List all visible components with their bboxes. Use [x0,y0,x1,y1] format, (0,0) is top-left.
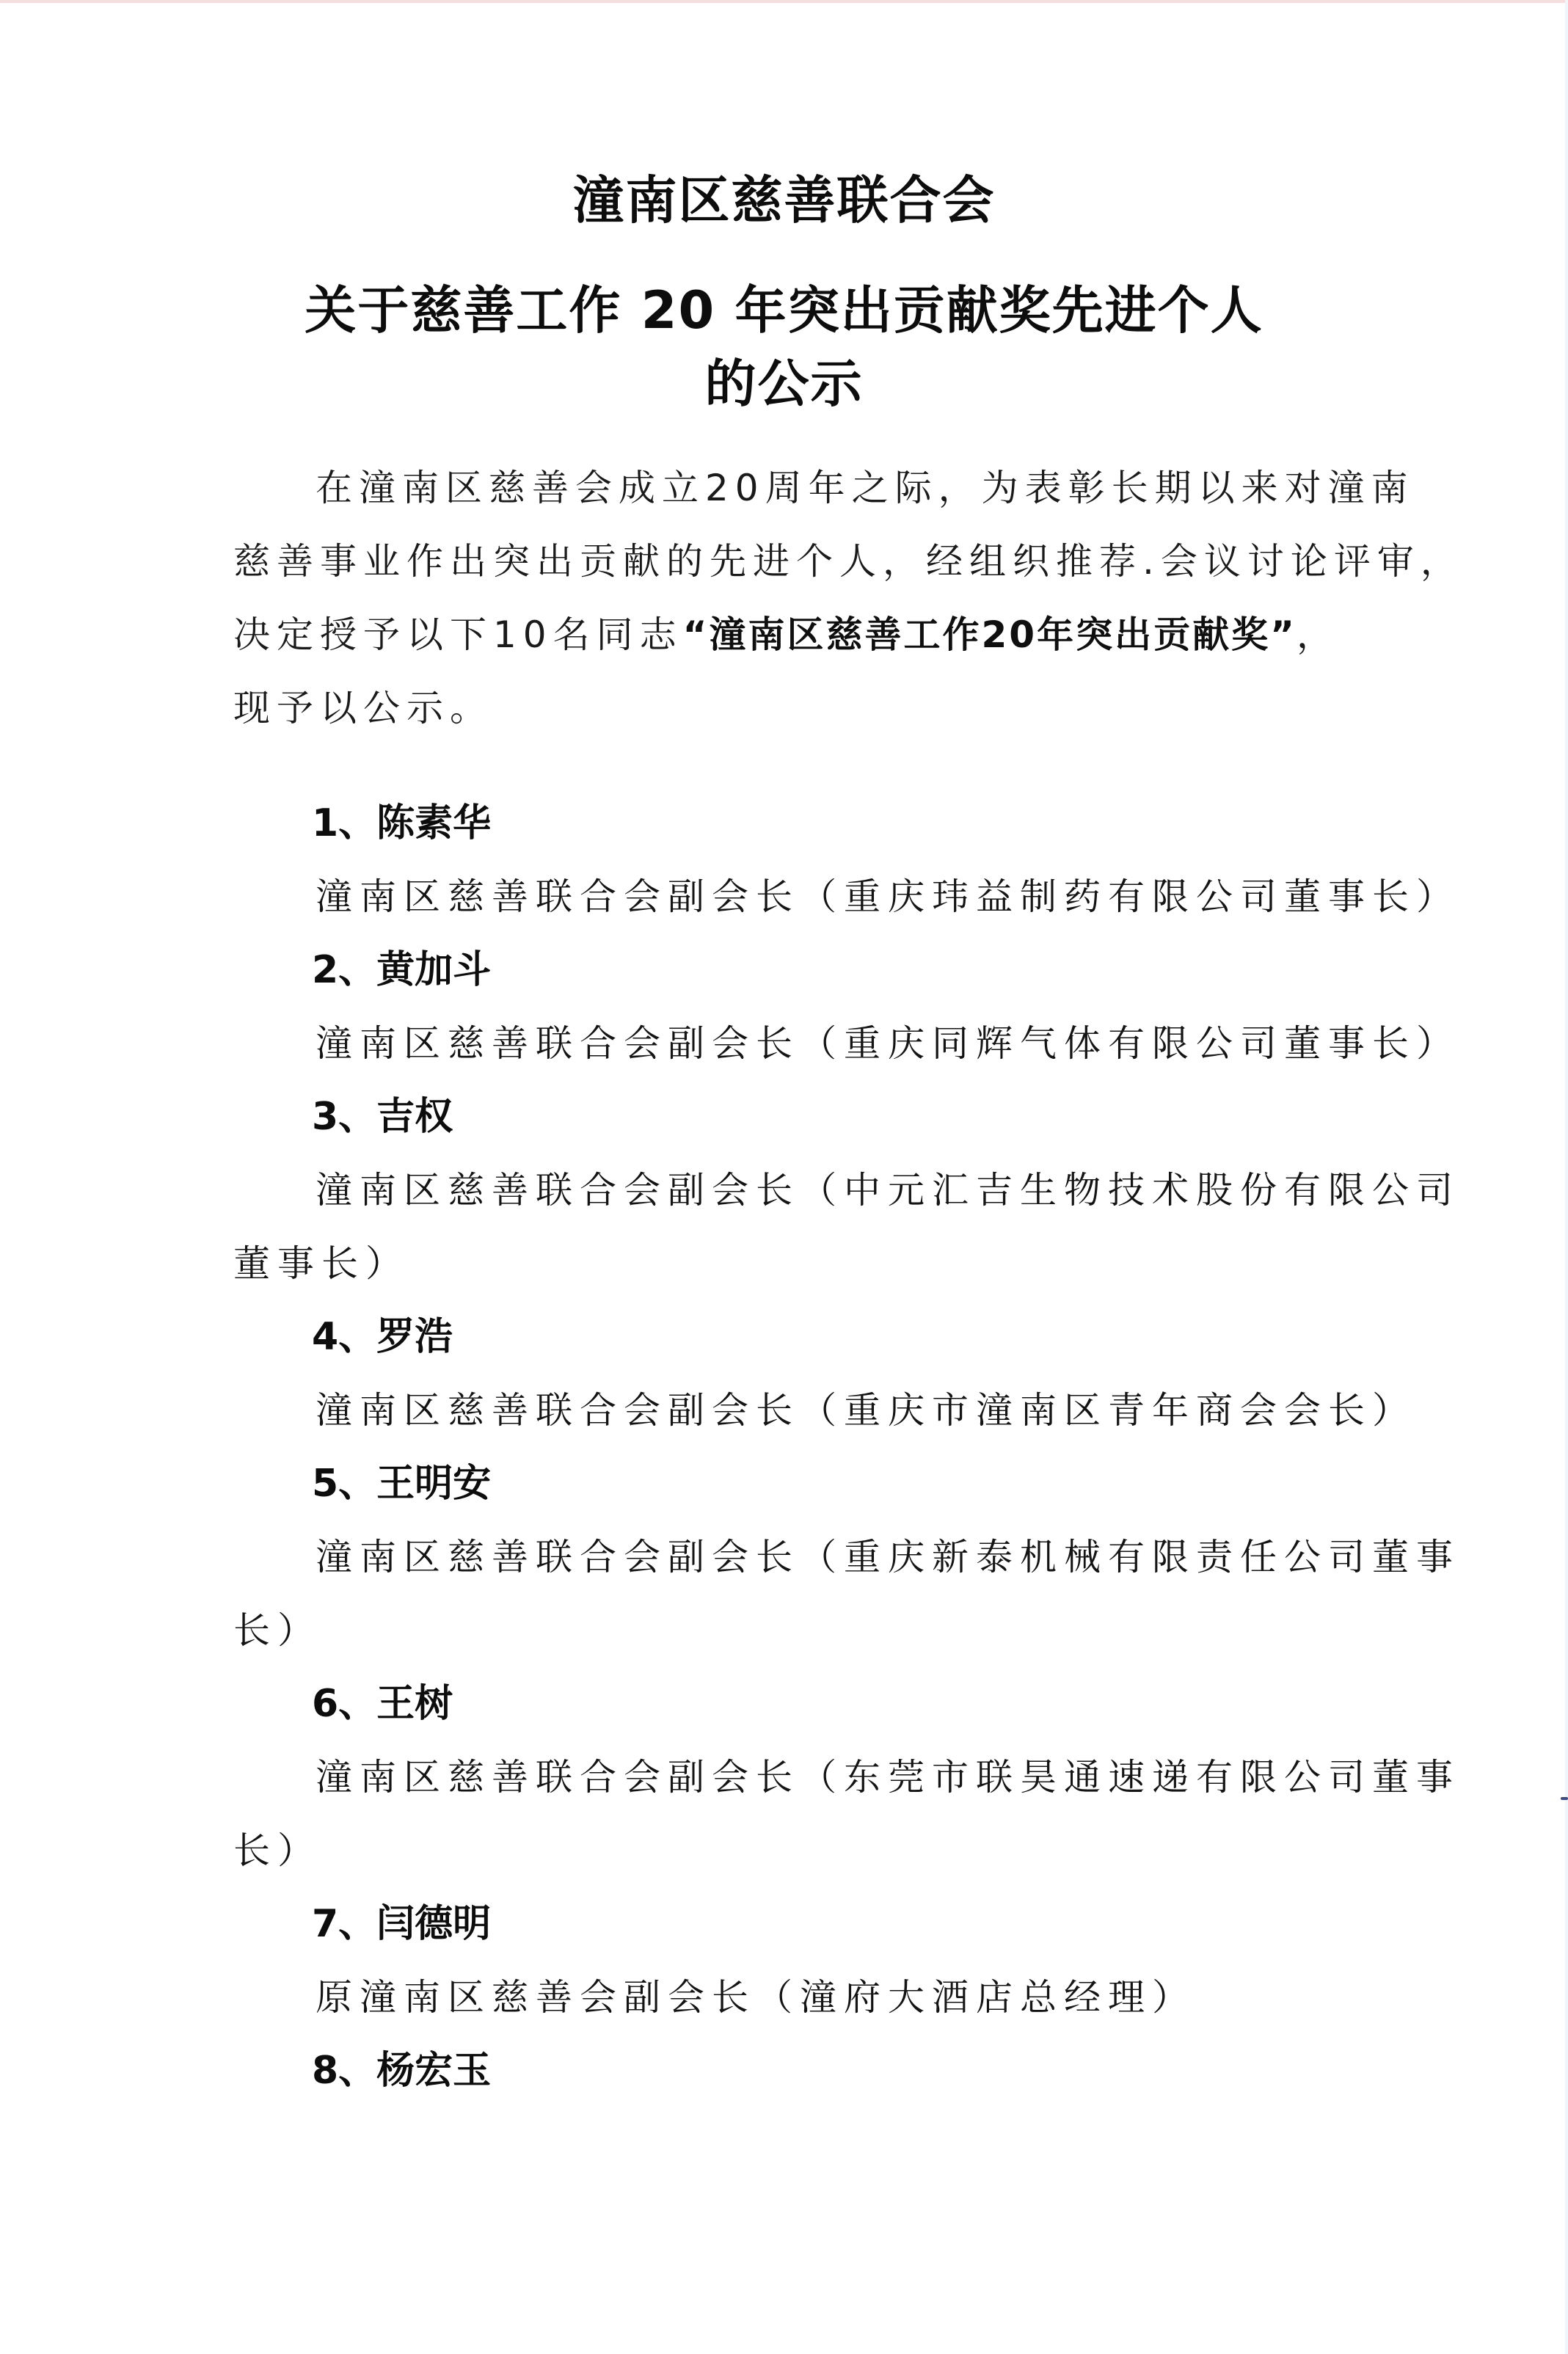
awardee-list: 1、陈素华 潼南区慈善联合会副会长（重庆玮益制药有限公司董事长） 2、黄加斗 潼… [233,787,1334,2107]
awardee-name: 1、陈素华 [233,787,1334,860]
intro-line-3: 决定授予以下10名同志“潼南区慈善工作20年突出贡献奖”， [233,598,1334,671]
list-item: 6、王树 潼南区慈善联合会副会长（东莞市联昊通速递有限公司董事 长） [233,1667,1334,1887]
list-item: 4、罗浩 潼南区慈善联合会副会长（重庆市潼南区青年商会会长） [233,1300,1334,1447]
awardee-position-line: 潼南区慈善联合会副会长（中元汇吉生物技术股份有限公司 [233,1154,1334,1227]
awardee-position-line: 潼南区慈善联合会副会长（重庆新泰机械有限责任公司董事 [233,1520,1334,1594]
awardee-position: 潼南区慈善联合会副会长（重庆市潼南区青年商会会长） [233,1374,1334,1447]
list-item: 1、陈素华 潼南区慈善联合会副会长（重庆玮益制药有限公司董事长） [233,787,1334,933]
awardee-position-line: 董事长） [233,1227,1334,1300]
awardee-position-line: 潼南区慈善联合会副会长（重庆玮益制药有限公司董事长） [233,860,1334,933]
awardee-position-line: 潼南区慈善联合会副会长（重庆市潼南区青年商会会长） [233,1374,1334,1447]
org-title: 潼南区慈善联合会 [0,171,1568,230]
awardee-position-line: 潼南区慈善联合会副会长（重庆同辉气体有限公司董事长） [233,1007,1334,1080]
intro-paragraph: 在潼南区慈善会成立20周年之际，为表彰长期以来对潼南 慈善事业作出突出贡献的先进… [233,451,1334,745]
intro-line-1: 在潼南区慈善会成立20周年之际，为表彰长期以来对潼南 [233,451,1334,525]
award-name: “潼南区慈善工作20年突出贡献奖” [683,613,1297,656]
awardee-position-line: 原潼南区慈善会副会长（潼府大酒店总经理） [233,1961,1334,2034]
scan-mark [1561,1797,1568,1800]
awardee-position: 潼南区慈善联合会副会长（重庆同辉气体有限公司董事长） [233,1007,1334,1080]
list-item: 3、吉权 潼南区慈善联合会副会长（中元汇吉生物技术股份有限公司 董事长） [233,1080,1334,1300]
list-item: 5、王明安 潼南区慈善联合会副会长（重庆新泰机械有限责任公司董事 长） [233,1447,1334,1667]
list-item: 7、闫德明 原潼南区慈善会副会长（潼府大酒店总经理） [233,1887,1334,2034]
notice-title: 关于慈善工作 20 年突出贡献奖先进个人 [0,281,1568,340]
awardee-position-line: 长） [233,1594,1334,1667]
awardee-position: 潼南区慈善联合会副会长（重庆玮益制药有限公司董事长） [233,860,1334,933]
awardee-name: 6、王树 [233,1667,1334,1741]
intro-line-3-suffix: ， [1297,613,1340,656]
awardee-name: 7、闫德明 [233,1887,1334,1961]
awardee-name: 3、吉权 [233,1080,1334,1154]
list-item: 2、黄加斗 潼南区慈善联合会副会长（重庆同辉气体有限公司董事长） [233,933,1334,1080]
intro-line-2: 慈善事业作出突出贡献的先进个人，经组织推荐.会议讨论评审， [233,525,1334,598]
awardee-position: 潼南区慈善联合会副会长（中元汇吉生物技术股份有限公司 董事长） [233,1154,1334,1300]
scan-top-edge [0,0,1568,3]
awardee-position: 潼南区慈善联合会副会长（重庆新泰机械有限责任公司董事 长） [233,1520,1334,1667]
awardee-name: 5、王明安 [233,1447,1334,1520]
awardee-position: 原潼南区慈善会副会长（潼府大酒店总经理） [233,1961,1334,2034]
awardee-position-line: 长） [233,1814,1334,1887]
intro-line-3-prefix: 决定授予以下10名同志 [233,613,683,656]
list-item: 8、杨宏玉 [233,2034,1334,2107]
notice-title-continued: 的公示 [0,354,1568,413]
awardee-position-line: 潼南区慈善联合会副会长（东莞市联昊通速递有限公司董事 [233,1741,1334,1814]
intro-line-4: 现予以公示。 [233,671,1334,745]
awardee-name: 8、杨宏玉 [233,2034,1334,2107]
awardee-name: 2、黄加斗 [233,933,1334,1007]
awardee-name: 4、罗浩 [233,1300,1334,1374]
scan-right-edge [1565,0,1568,2354]
awardee-position: 潼南区慈善联合会副会长（东莞市联昊通速递有限公司董事 长） [233,1741,1334,1887]
